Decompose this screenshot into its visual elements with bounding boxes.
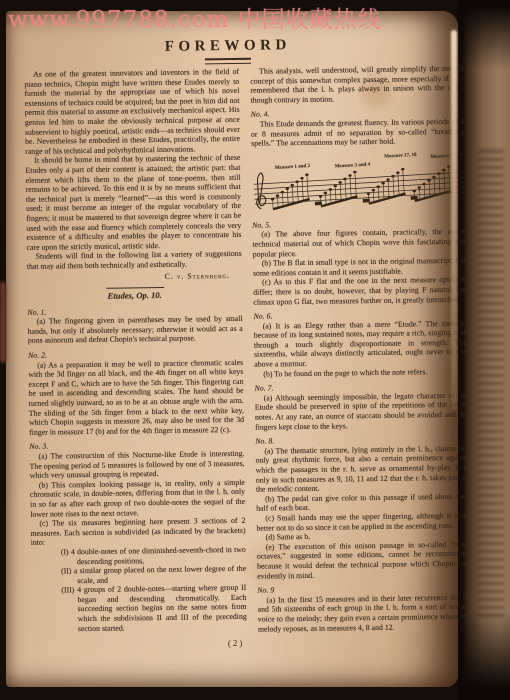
note-no3-c-item-III: (III) 4 groups of 2 double-notes—startin… bbox=[61, 583, 247, 634]
section-rule bbox=[106, 287, 164, 289]
adjacent-page bbox=[458, 0, 510, 700]
note-no1-a: (a) The fingering given in parentheses m… bbox=[28, 314, 243, 346]
columns: As one of the greatest innovators and in… bbox=[24, 64, 461, 690]
music-staff-svg: Measure 1 and 2 Measure 3 and 4 Measure … bbox=[250, 144, 466, 218]
note-no5-a: (a) The above four figures contain, prac… bbox=[252, 227, 465, 259]
title-rule bbox=[205, 58, 251, 65]
cover-sliver bbox=[0, 282, 6, 362]
author-signature: C. v. Sternberg. bbox=[27, 271, 242, 284]
note-no5-c: (c) As to this F flat and the one in the… bbox=[253, 275, 466, 307]
intro-paragraph-1: As one of the greatest innovators and in… bbox=[24, 67, 240, 156]
note-no8-e: (e) The execution of this unison passage… bbox=[257, 539, 471, 580]
etudes-heading: Etudes, Op. 10. bbox=[27, 290, 242, 303]
note-no3-c-item-II: (II) a similar group placed on the next … bbox=[61, 564, 246, 586]
note-no3-c-item-I: (I) 4 double-notes of one diminished-sev… bbox=[61, 545, 246, 567]
book-photo: { "watermark": { "text": "www.997788.com… bbox=[0, 0, 510, 700]
analysis-paragraph: This analysis, well understood, will gre… bbox=[250, 64, 464, 105]
adjacent-page-blurred-text bbox=[478, 150, 504, 620]
music-figure: Measure 1 and 2 Measure 3 and 4 Measure … bbox=[251, 148, 465, 215]
page: FOREWORD As one of the greatest innovato… bbox=[6, 11, 458, 687]
note-no4: This Etude demands the greatest fluency.… bbox=[251, 117, 464, 149]
note-no3-c: (c) The six measures beginning here pres… bbox=[30, 516, 245, 548]
gutter-shadow-top bbox=[458, 0, 510, 70]
gutter-shadow-bottom bbox=[458, 610, 510, 700]
page-content: FOREWORD As one of the greatest innovato… bbox=[1, 8, 462, 690]
note-no8-a: (a) The thematic structure, lying entire… bbox=[255, 444, 469, 495]
note-no3-a: (a) The construction of this Nocturne-li… bbox=[29, 449, 244, 481]
measure-label-3: Measure 17, 18 bbox=[384, 153, 417, 160]
note-no6-a: (a) It is an Elegy rather than a mere “E… bbox=[254, 318, 468, 369]
measure-label-1: Measure 1 and 2 bbox=[275, 164, 311, 171]
note-no6-b: (b) To be found on the page to which the… bbox=[254, 366, 467, 379]
page-edge-highlight bbox=[451, 30, 457, 410]
intro-paragraph-2: It should be borne in mind that by maste… bbox=[25, 153, 241, 252]
watermark: www.997788.com 中国收藏热线 bbox=[8, 1, 382, 34]
intro-paragraph-3: Students will find in the following list… bbox=[27, 249, 242, 271]
page-title: FOREWORD bbox=[2, 35, 454, 58]
right-column: This analysis, well understood, will gre… bbox=[250, 64, 472, 687]
note-no2-a: (a) As a preparation it may be well to p… bbox=[28, 357, 244, 437]
note-no3-b: (b) This complex looking passage is, in … bbox=[30, 478, 246, 519]
left-column: As one of the greatest innovators and in… bbox=[24, 67, 248, 690]
note-no9-a: (a) In the first 15 measures and in thei… bbox=[257, 592, 471, 633]
measure-label-2: Measure 3 and 4 bbox=[335, 162, 371, 169]
note-no8-c: (c) Small hands may use the upper finger… bbox=[256, 511, 469, 533]
note-no7-a: (a) Although seemingly impossible, the l… bbox=[255, 391, 469, 432]
